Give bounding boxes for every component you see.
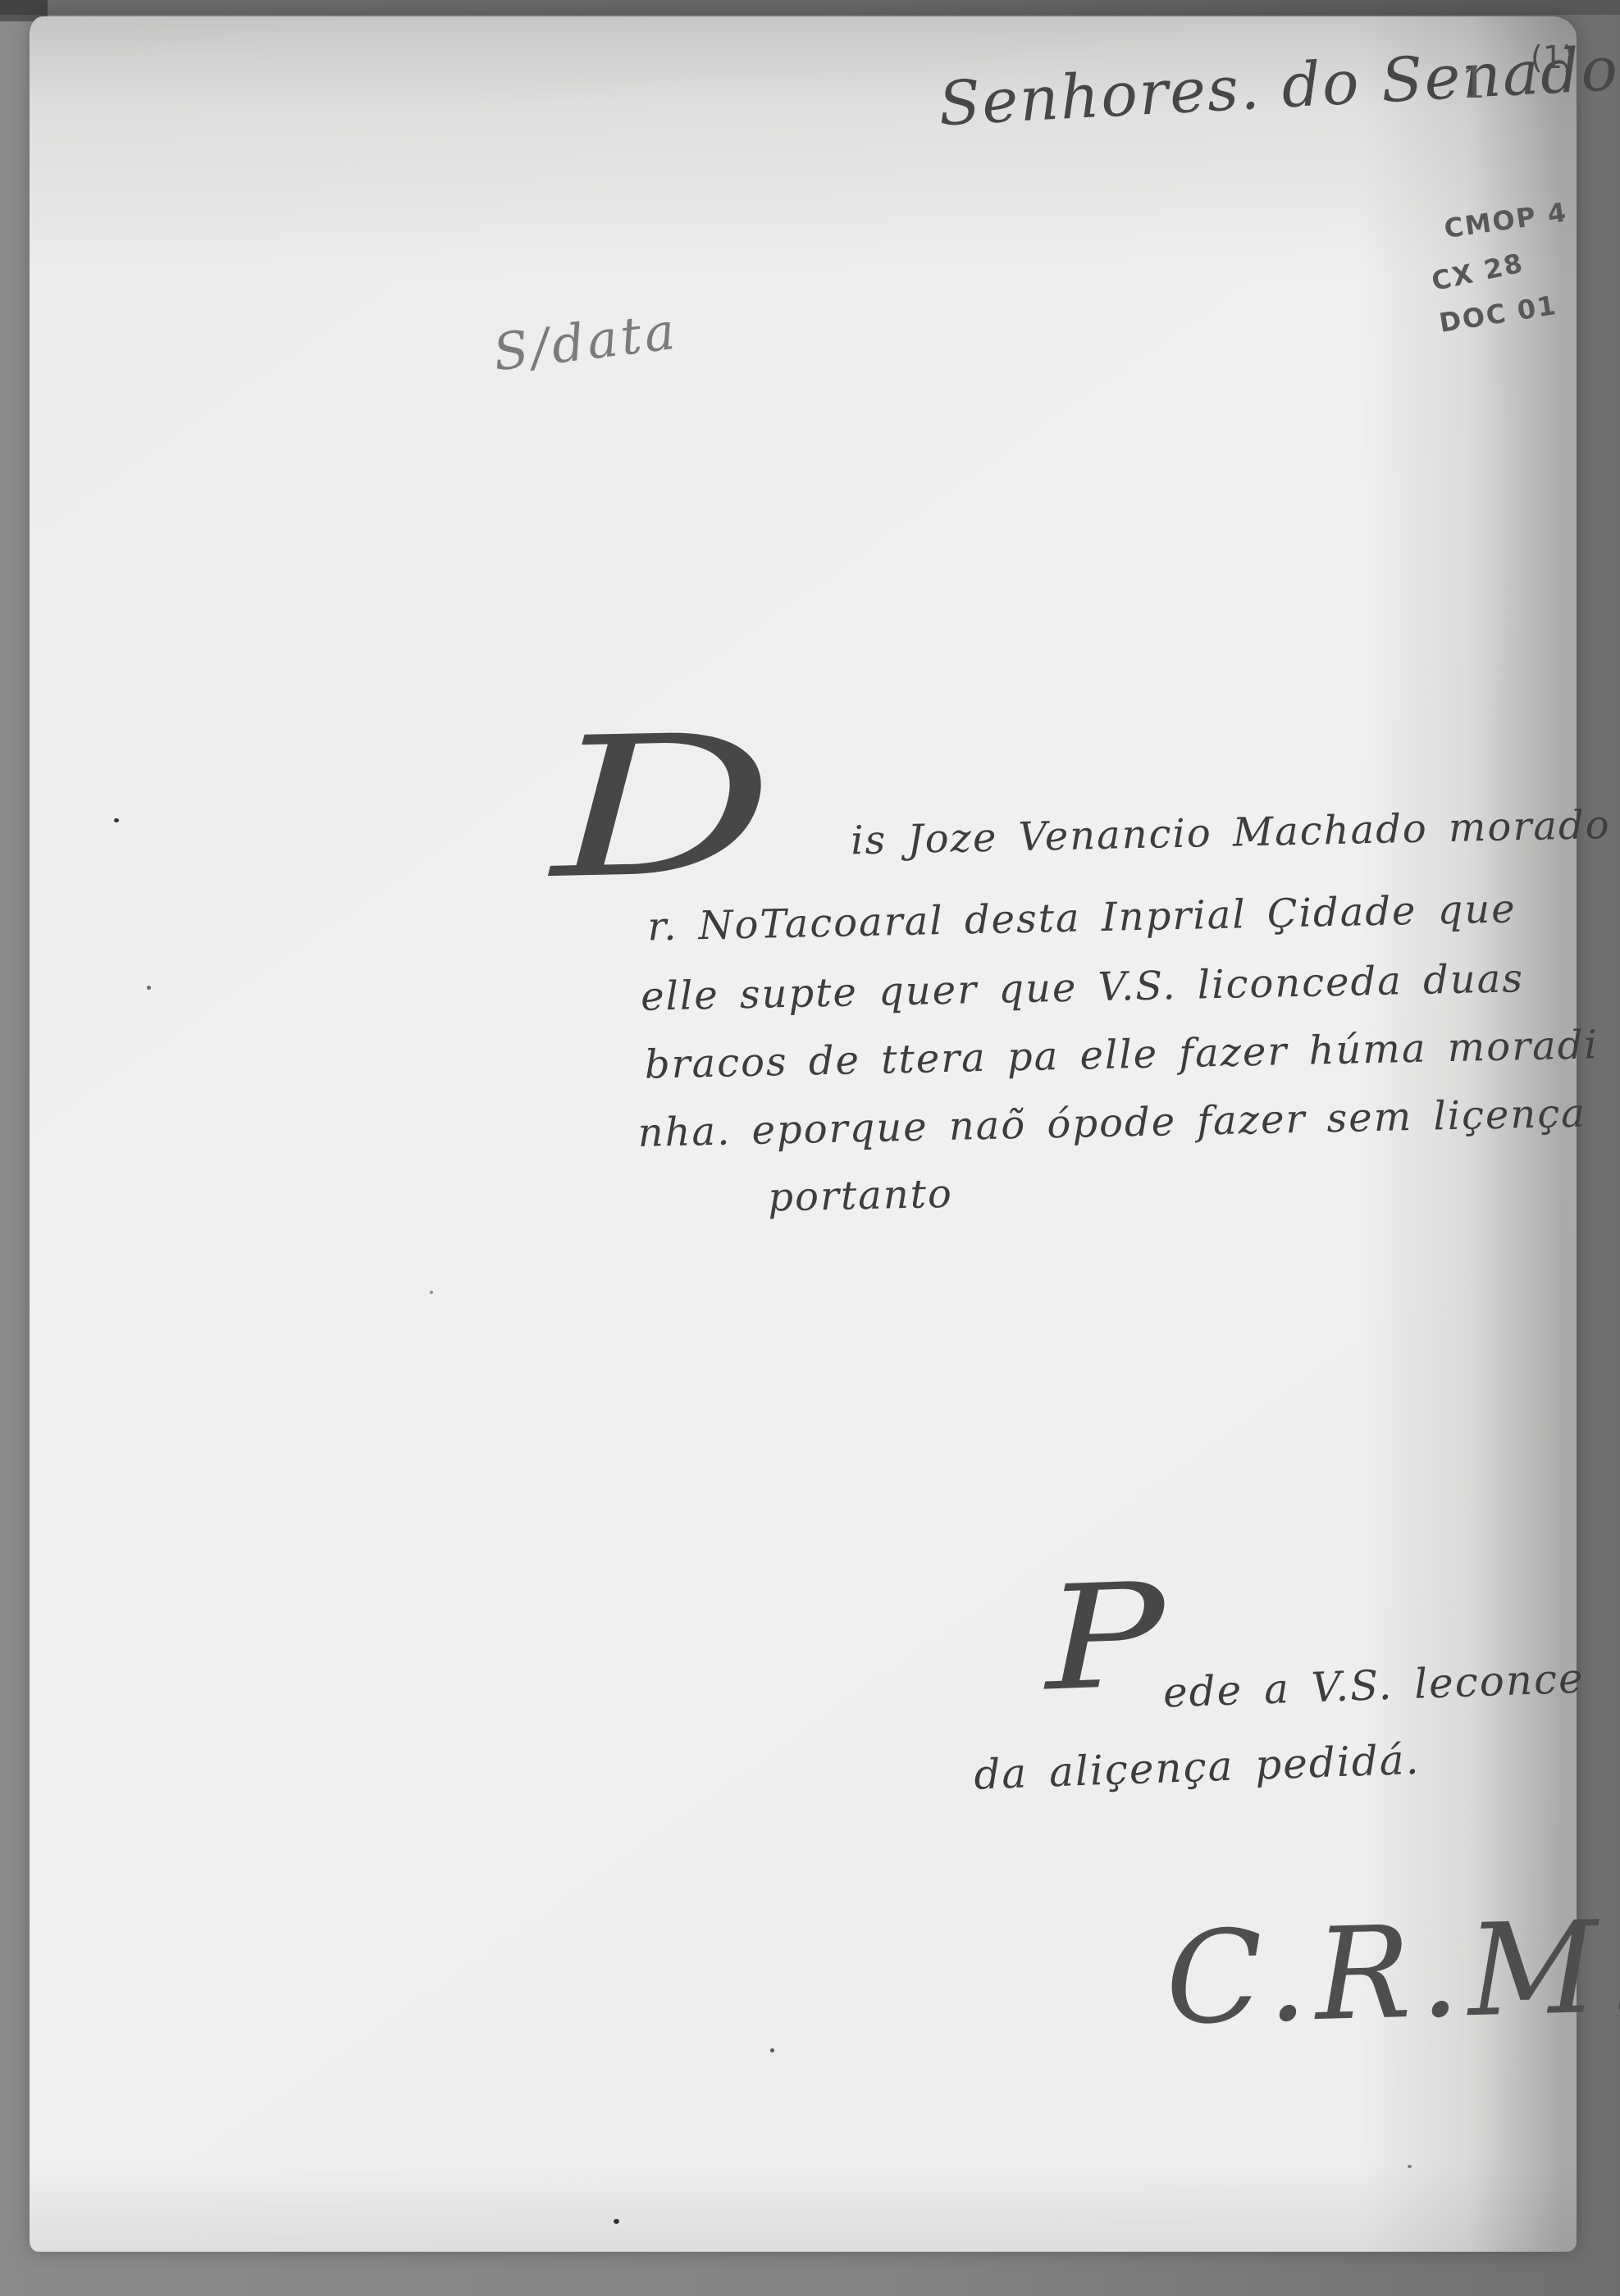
petition-request: P ede a V.S. leconce da aliçença pedidá.: [961, 1548, 1620, 1834]
document-page: Senhores. do Senado. 1 (1) CMOP 4 CX 28 …: [30, 16, 1577, 2252]
scanner-background: { "page": { "scan_background_color": "#7…: [0, 0, 1620, 2296]
body-line: portanto: [768, 1174, 954, 1218]
body-line: elle supte quer que V.S. liconceda duas: [641, 959, 1525, 1017]
ink-speck: [147, 986, 151, 990]
salutation: Senhores. do Senado.: [937, 33, 1620, 140]
scan-top-shadow: [0, 0, 1620, 15]
date-pencil-note: S/data: [490, 301, 681, 383]
body-line: nha. eporque naõ ópode fazer sem liçença: [637, 1094, 1586, 1153]
archive-reference: CMOP 4 CX 28 DOC 01: [1417, 191, 1580, 344]
page-number-annotation: 1: [1461, 59, 1488, 108]
catalog-number-annotation: (1): [1531, 39, 1575, 75]
request-line: da aliçença pedidá.: [973, 1739, 1421, 1796]
ink-speck: [114, 818, 119, 822]
ink-speck: [1408, 2165, 1412, 2168]
closing-initials: C.R.M.: [1164, 1892, 1620, 2053]
petition-body: D is Joze Venancio Machado morado r. NoT…: [549, 704, 1620, 1268]
ink-speck: [770, 2048, 774, 2052]
body-line: r. NoTacoaral desta Inprial Çidade que: [647, 889, 1517, 946]
request-line: ede a V.S. leconce: [1162, 1658, 1585, 1714]
ink-speck: [430, 1291, 433, 1294]
body-line: bracos de ttera pa elle fazer húma morad…: [644, 1025, 1599, 1084]
body-line: is Joze Venancio Machado morado: [851, 805, 1611, 860]
body-drop-cap: D: [549, 708, 777, 906]
request-drop-cap: P: [1043, 1564, 1168, 1711]
ink-speck: [614, 2219, 619, 2224]
